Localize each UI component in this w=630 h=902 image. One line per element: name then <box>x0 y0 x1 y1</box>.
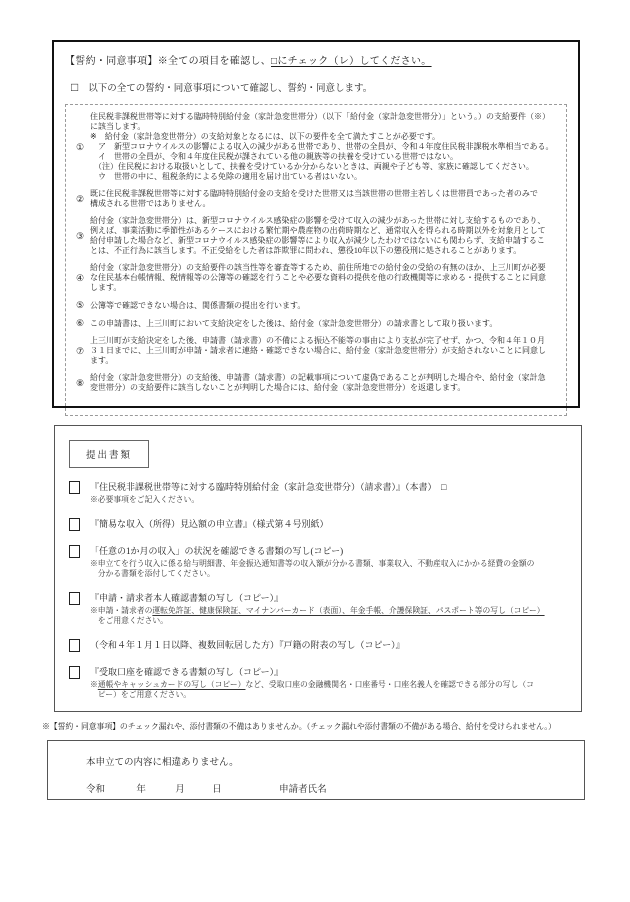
agreement-items-box: ① 住民税非課税世帯等に対する臨時特別給付金（家計急変世帯分）（以下「給付金（家… <box>65 104 567 416</box>
document-note: ※申立てを行う収入に係る給与明細書、年金振込通知書等の収入額が分かる書類、事業収… <box>90 559 571 579</box>
agreement-item-1: ① 住民税非課税世帯等に対する臨時特別給付金（家計急変世帯分）（以下「給付金（家… <box>70 112 560 182</box>
document-label: 『住民税非課税世帯等に対する臨時特別給付金（家計急変世帯分）（請求書）』（本書）… <box>90 481 571 494</box>
agreement-item-text: 給付金（家計急変世帯分）の支給要件の該当性等を審査等するため、前住所地での給付金… <box>90 263 560 293</box>
era-label: 令和 <box>86 785 105 795</box>
agreement-item-text: 上三川町が支給決定をした後、申請書（請求書）の不備による振込不能等の事由により支… <box>90 336 560 366</box>
document-label: 『申請・請求者本人確認書類の写し（コピー）』 <box>90 592 571 605</box>
document-label: 『簡易な収入（所得）見込額の申立書』（様式第４号別紙） <box>90 518 571 531</box>
agreement-item-text: 給付金（家計急変世帯分）は、新型コロナウイルス感染症の影響を受けて収入の減少があ… <box>90 216 560 256</box>
consent-checkbox[interactable]: □ <box>71 81 78 93</box>
agreement-item-8: ⑧ 給付金（家計急変世帯分）の支給後、申請書（請求書）の記載事項について虚偽であ… <box>70 373 560 393</box>
agreement-item-5: ⑤ 公簿等で確認できない場合は、関係書類の提出を行います。 <box>70 300 560 311</box>
agreement-item-number: ⑥ <box>70 318 90 329</box>
agreement-title-underlined: □にチェック（レ）してください。 <box>271 56 432 67</box>
agreement-item-text: 給付金（家計急変世帯分）の支給後、申請書（請求書）の記載事項について虚偽であるこ… <box>90 373 560 393</box>
agreement-item-text: 既に住民税非課税世帯等に対する臨時特別給付金の支給を受けた世帯又は当該世帯の世帯… <box>90 189 560 209</box>
document-note: ※通帳やキャッシュカードの写し（コピー）など、受取口座の金融機関名・口座番号・口… <box>90 680 571 700</box>
document-item-income-statement: 『簡易な収入（所得）見込額の申立書』（様式第４号別紙） <box>69 518 571 532</box>
document-checkbox[interactable] <box>69 639 80 652</box>
document-note: ※必要事項をご記入ください。 <box>90 495 571 505</box>
agreement-item-number: ② <box>70 194 90 205</box>
agreement-item-number: ⑦ <box>70 346 90 357</box>
agreement-item-text: 住民税非課税世帯等に対する臨時特別給付金（家計急変世帯分）（以下「給付金（家計急… <box>90 112 560 182</box>
documents-list: 『住民税非課税世帯等に対する臨時特別給付金（家計急変世帯分）（請求書）』（本書）… <box>69 481 571 700</box>
document-checkbox[interactable] <box>69 545 80 558</box>
document-item-identity-proof: 『申請・請求者本人確認書類の写し（コピー）』 ※申請・請求者の運転免許証、健康保… <box>69 592 571 626</box>
agreement-item-2: ② 既に住民税非課税世帯等に対する臨時特別給付金の支給を受けた世帯又は当該世帯の… <box>70 189 560 209</box>
agreement-section: 【誓約・同意事項】※全ての項目を確認し、□にチェック（レ）してください。 □ 以… <box>52 40 580 408</box>
agreement-item-number: ⑤ <box>70 300 90 311</box>
agreement-title-pre: 【誓約・同意事項】※全ての項目を確認し、 <box>65 56 271 67</box>
document-note: ※申請・請求者の運転免許証、健康保険証、マイナンバーカード（表面）、年金手帳、介… <box>90 606 571 626</box>
document-checkbox[interactable] <box>69 592 80 605</box>
agreement-item-text: この申請書は、上三川町において支給決定をした後は、給付金（家計急変世帯分）の請求… <box>90 319 560 329</box>
agreement-consent-row: □ 以下の全ての誓約・同意事項について確認し、誓約・同意します。 <box>71 80 567 94</box>
document-label: 『受取口座を確認できる書類の写し（コピー）』 <box>90 666 571 679</box>
check-reminder-note: ※【誓約・同意事項】のチェック漏れや、添付書類の不備はありませんか。（チェック漏… <box>42 721 590 732</box>
agreement-item-text: 公簿等で確認できない場合は、関係書類の提出を行います。 <box>90 301 560 311</box>
agreement-item-number: ⑧ <box>70 378 90 389</box>
agreement-item-number: ① <box>70 142 90 153</box>
declaration-statement: 本申立ての内容に相違ありません。 <box>86 754 574 768</box>
declaration-date-row: 令和 年 月 日 申請者氏名 <box>86 781 574 795</box>
day-field-label[interactable]: 日 <box>212 785 222 795</box>
document-checkbox[interactable] <box>69 481 80 494</box>
document-checkbox[interactable] <box>69 518 80 531</box>
declaration-section: 本申立ての内容に相違ありません。 令和 年 月 日 申請者氏名 <box>47 740 585 800</box>
year-field-label[interactable]: 年 <box>136 785 146 795</box>
documents-section: 提出書類 『住民税非課税世帯等に対する臨時特別給付金（家計急変世帯分）（請求書）… <box>54 425 582 712</box>
applicant-name-label[interactable]: 申請者氏名 <box>279 785 327 795</box>
consent-text: 以下の全ての誓約・同意事項について確認し、誓約・同意します。 <box>88 80 372 94</box>
documents-section-title: 提出書類 <box>69 440 149 468</box>
document-item-family-register: （令和４年１月１日以降、複数回転居した方）『戸籍の附表の写し（コピー）』 <box>69 639 571 653</box>
agreement-item-6: ⑥ この申請書は、上三川町において支給決定をした後は、給付金（家計急変世帯分）の… <box>70 318 560 329</box>
agreement-item-number: ③ <box>70 231 90 242</box>
document-item-request-form: 『住民税非課税世帯等に対する臨時特別給付金（家計急変世帯分）（請求書）』（本書）… <box>69 481 571 505</box>
document-label: （令和４年１月１日以降、複数回転居した方）『戸籍の附表の写し（コピー）』 <box>90 639 571 652</box>
document-item-bank-account-proof: 『受取口座を確認できる書類の写し（コピー）』 ※通帳やキャッシュカードの写し（コ… <box>69 666 571 700</box>
agreement-item-7: ⑦ 上三川町が支給決定をした後、申請書（請求書）の不備による振込不能等の事由によ… <box>70 336 560 366</box>
agreement-title: 【誓約・同意事項】※全ての項目を確認し、□にチェック（レ）してください。 <box>65 52 567 67</box>
agreement-item-3: ③ 給付金（家計急変世帯分）は、新型コロナウイルス感染症の影響を受けて収入の減少… <box>70 216 560 256</box>
agreement-item-4: ④ 給付金（家計急変世帯分）の支給要件の該当性等を審査等するため、前住所地での給… <box>70 263 560 293</box>
month-field-label[interactable]: 月 <box>175 785 185 795</box>
document-checkbox[interactable] <box>69 666 80 679</box>
document-item-monthly-income-proof: 「任意の1か月の収入」の状況を確認できる書類の写し(コピー) ※申立てを行う収入… <box>69 545 571 579</box>
agreement-item-number: ④ <box>70 273 90 284</box>
document-label: 「任意の1か月の収入」の状況を確認できる書類の写し(コピー) <box>90 545 571 558</box>
